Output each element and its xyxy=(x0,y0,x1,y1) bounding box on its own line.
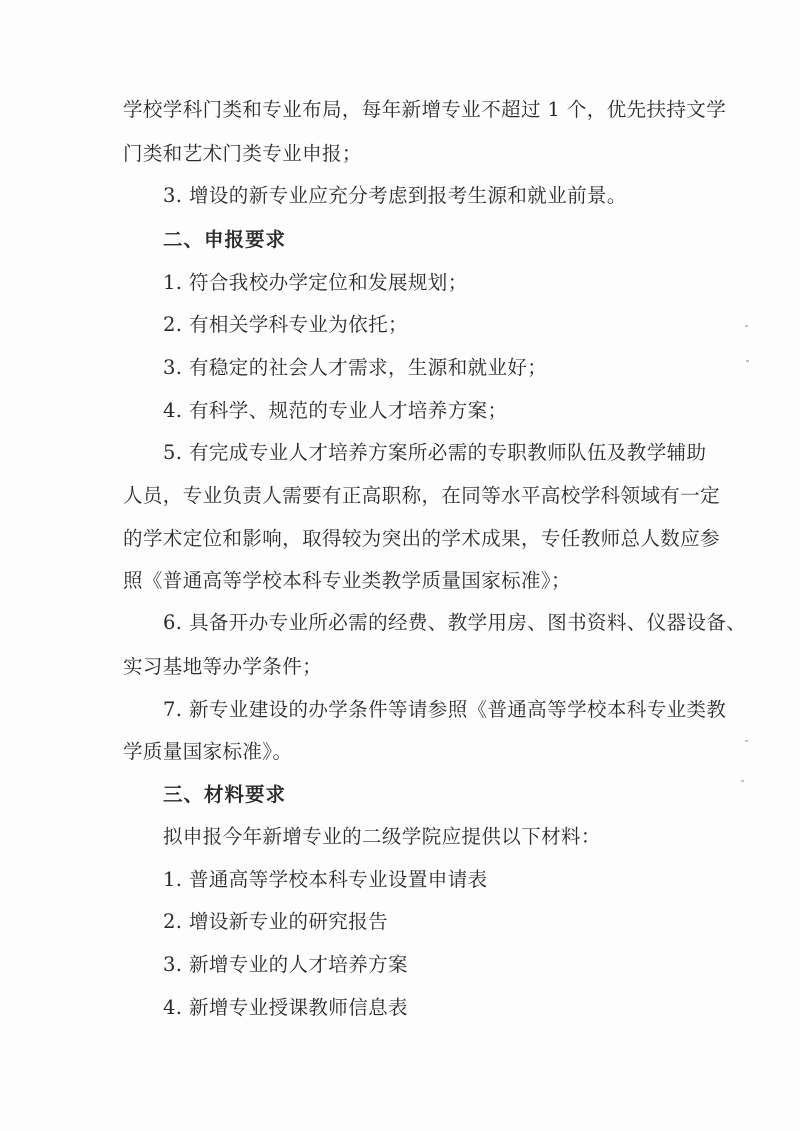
text-line: 7. 新专业建设的办学条件等请参照《普通高等学校本科专业类教 xyxy=(163,698,726,722)
scan-speck xyxy=(745,740,748,742)
text-line: 人员，专业负责人需要有正高职称，在同等水平高校学科领域有一定 xyxy=(123,484,720,508)
text-line: 拟申报今年新增专业的二级学院应提供以下材料： xyxy=(163,825,601,849)
text-line: 门类和艺术门类专业申报； xyxy=(123,142,362,166)
text-line: 1. 普通高等学校本科专业设置申请表 xyxy=(163,868,488,892)
text-line: 4. 新增专业授课教师信息表 xyxy=(163,996,408,1020)
text-line: 2. 增设新专业的研究报告 xyxy=(163,910,388,934)
scan-speck xyxy=(746,360,749,362)
text-line: 照《普通高等学校本科专业类教学质量国家标准》； xyxy=(123,569,571,593)
scan-speck xyxy=(741,780,744,782)
text-line: 学质量国家标准》。 xyxy=(123,740,292,764)
section-heading: 二、申报要求 xyxy=(163,228,286,252)
scan-speck xyxy=(745,325,748,327)
text-line: 学校学科门类和专业布局，每年新增专业不超过 1 个，优先扶持文学 xyxy=(123,98,726,122)
section-heading: 三、材料要求 xyxy=(163,783,286,807)
text-line: 4. 有科学、规范的专业人才培养方案； xyxy=(163,399,507,423)
text-line: 2. 有相关学科专业为依托； xyxy=(163,313,408,337)
text-line: 3. 新增专业的人才培养方案 xyxy=(163,953,408,977)
document-page: 学校学科门类和专业布局，每年新增专业不超过 1 个，优先扶持文学门类和艺术门类专… xyxy=(0,0,800,1131)
text-line: 3. 有稳定的社会人才需求，生源和就业好； xyxy=(163,356,547,380)
text-line: 6. 具备开办专业所必需的经费、教学用房、图书资料、仪器设备、 xyxy=(163,611,746,635)
text-line: 5. 有完成专业人才培养方案所必需的专职教师队伍及教学辅助 xyxy=(163,441,706,465)
text-line: 1. 符合我校办学定位和发展规划； xyxy=(163,271,468,295)
text-line: 实习基地等办学条件； xyxy=(123,655,322,679)
text-line: 的学术定位和影响，取得较为突出的学术成果，专任教师总人数应参 xyxy=(123,527,720,551)
text-line: 3. 增设的新专业应充分考虑到报考生源和就业前景。 xyxy=(163,184,627,208)
